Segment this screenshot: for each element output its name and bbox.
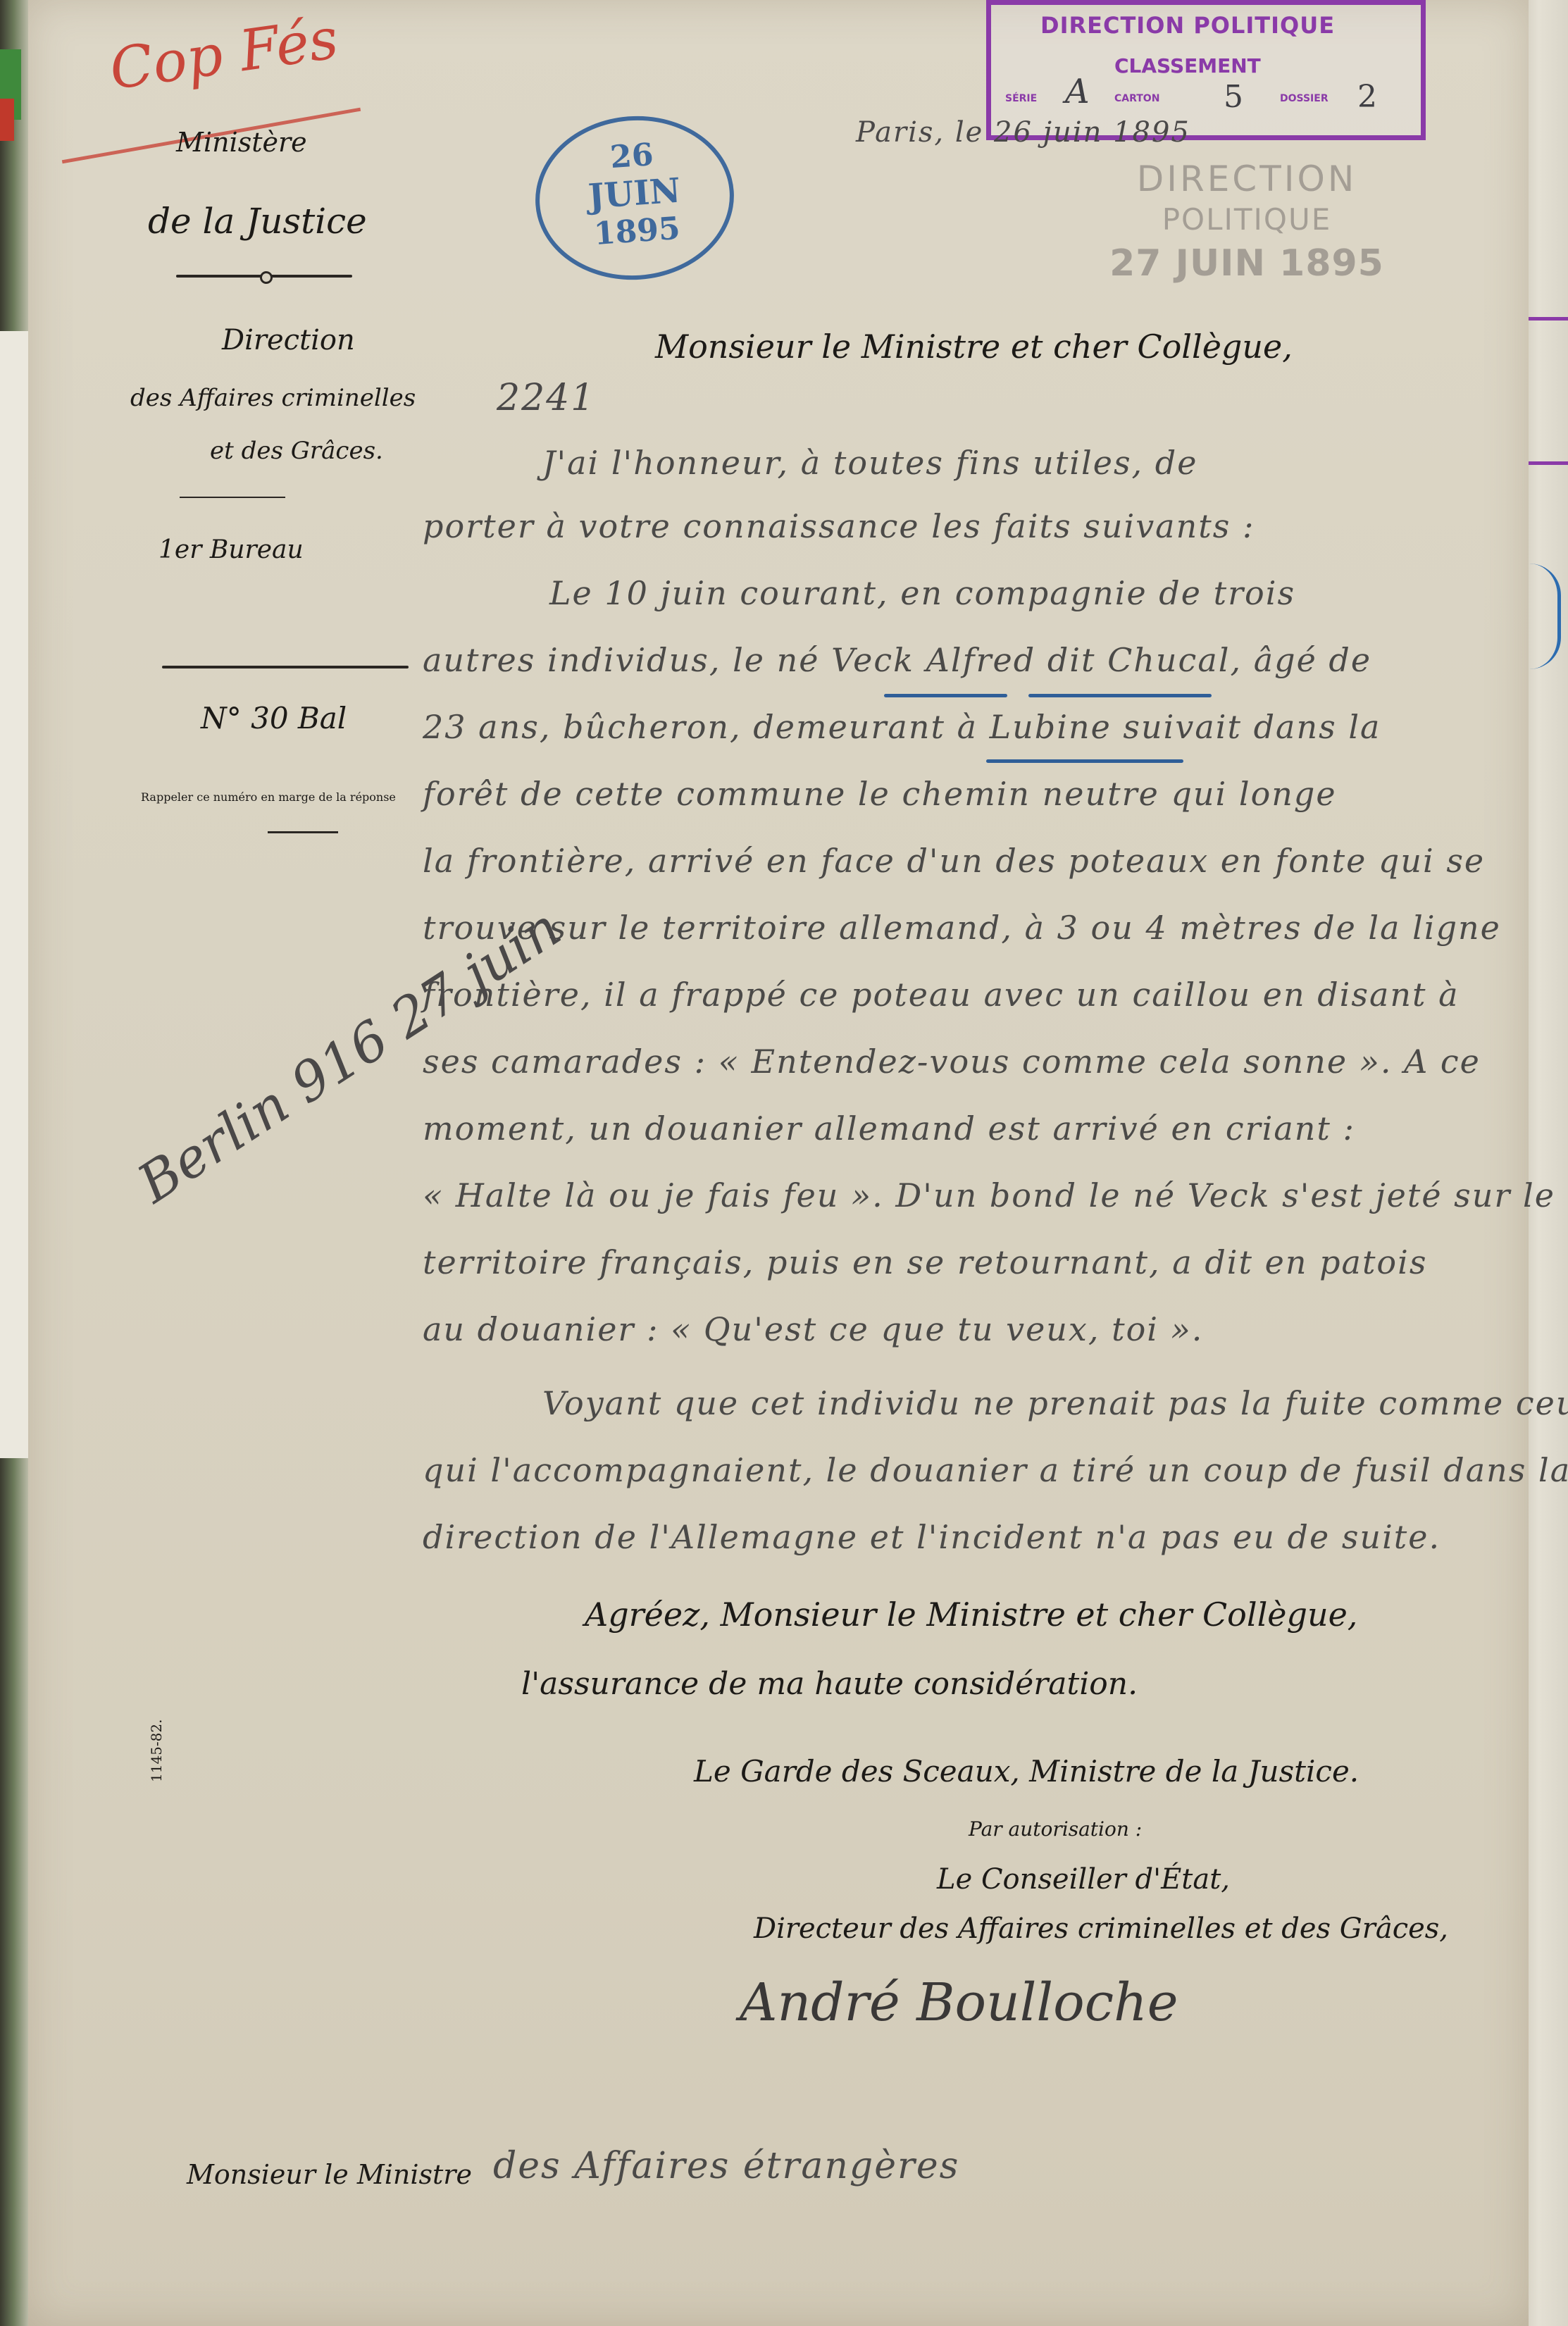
body-line: forêt de cette commune le chemin neutre … bbox=[423, 775, 1337, 813]
red-pencil-annotation: Cop Fés bbox=[106, 6, 342, 102]
dossier-label: DOSSIER bbox=[1280, 93, 1329, 104]
letterhead-bureau: 1er Bureau bbox=[158, 535, 304, 564]
classement-title: DIRECTION POLITIQUE bbox=[1040, 12, 1335, 39]
blue-underline bbox=[1028, 694, 1212, 697]
signature: André Boulloche bbox=[740, 1972, 1178, 2033]
letter-page: Cop Fés Ministère de la Justice Directio… bbox=[28, 0, 1529, 2326]
closing-line1: Agréez, Monsieur le Ministre et cher Col… bbox=[585, 1596, 1357, 1634]
addressee-handwritten: des Affaires étrangères bbox=[493, 2145, 959, 2187]
conseiller: Le Conseiller d'État, bbox=[937, 1863, 1230, 1896]
body-line: frontière, il a frappé ce poteau avec un… bbox=[423, 976, 1460, 1014]
carton-label: CARTON bbox=[1114, 93, 1159, 104]
addressee-printed: Monsieur le Ministre bbox=[187, 2159, 472, 2190]
blue-underline bbox=[884, 694, 1007, 697]
classement-subtitle: CLASSEMENT bbox=[1114, 54, 1261, 77]
body-line: Le 10 juin courant, en compagnie de troi… bbox=[549, 574, 1295, 612]
reference-instruction: Rappeler ce numéro en marge de la répons… bbox=[141, 790, 396, 804]
body-line: 23 ans, bûcheron, demeurant à Lubine sui… bbox=[423, 708, 1381, 746]
body-line: qui l'accompagnaient, le douanier a tiré… bbox=[423, 1451, 1568, 1489]
directeur: Directeur des Affaires criminelles et de… bbox=[754, 1913, 1448, 1945]
direction-politique-stamp: DIRECTION POLITIQUE 27 JUIN 1895 bbox=[1099, 158, 1395, 285]
stamp-line1: DIRECTION bbox=[1099, 158, 1395, 199]
body-line: au douanier : « Qu'est ce que tu veux, t… bbox=[423, 1310, 1203, 1348]
purple-tab bbox=[1522, 317, 1568, 465]
catalog-number: 1145-82. bbox=[148, 1719, 165, 1782]
date-received-stamp: 26 JUIN 1895 bbox=[530, 109, 739, 286]
body-line: porter à votre connaissance les faits su… bbox=[423, 507, 1255, 545]
stamp-line2: POLITIQUE bbox=[1099, 202, 1395, 237]
body-line: autres individus, le né Veck Alfred dit … bbox=[423, 641, 1371, 679]
red-tab bbox=[0, 99, 14, 141]
body-line: Voyant que cet individu ne prenait pas l… bbox=[542, 1384, 1568, 1422]
serie-label: SÉRIE bbox=[1005, 93, 1037, 104]
closing-line2: l'assurance de ma haute considération. bbox=[521, 1666, 1138, 1702]
signatory-title: Le Garde des Sceaux, Ministre de la Just… bbox=[694, 1754, 1359, 1789]
letterhead-direction-line1: Direction bbox=[222, 324, 355, 356]
letterhead-ministry-line1: Ministère bbox=[176, 127, 307, 158]
body-line: ses camarades : « Entendez-vous comme ce… bbox=[423, 1043, 1481, 1081]
blue-underline bbox=[986, 759, 1183, 763]
body-line: direction de l'Allemagne et l'incident n… bbox=[423, 1518, 1441, 1556]
dossier-value: 2 bbox=[1357, 79, 1377, 115]
body-line: moment, un douanier allemand est arrivé … bbox=[423, 1109, 1355, 1148]
body-line: territoire français, puis en se retourna… bbox=[423, 1243, 1427, 1281]
letterhead-ministry-line2: de la Justice bbox=[148, 201, 367, 242]
body-line: la frontière, arrivé en face d'un des po… bbox=[423, 842, 1485, 880]
authorization: Par autorisation : bbox=[969, 1817, 1142, 1841]
carton-value: 5 bbox=[1224, 79, 1243, 115]
salutation: Monsieur le Ministre et cher Collègue, bbox=[655, 328, 1293, 366]
divider-line bbox=[268, 831, 338, 833]
stamp-date: 27 JUIN 1895 bbox=[1099, 242, 1395, 285]
body-line: « Halte là ou je fais feu ». D'un bond l… bbox=[423, 1176, 1555, 1214]
letterhead-direction-line3: et des Grâces. bbox=[210, 437, 383, 465]
body-line: J'ai l'honneur, à toutes fins utiles, de bbox=[542, 444, 1197, 482]
divider-line bbox=[162, 666, 409, 668]
place-date: Paris, le 26 juin 1895 bbox=[856, 116, 1190, 149]
letterhead-direction-line2: des Affaires criminelles bbox=[130, 384, 416, 412]
serie-value: A bbox=[1065, 72, 1090, 111]
ornament-divider bbox=[176, 275, 352, 278]
divider-line bbox=[180, 497, 285, 498]
reference-number: 2241 bbox=[497, 377, 595, 419]
letterhead-numero: N° 30 Bal bbox=[201, 701, 347, 735]
body-line: trouve sur le territoire allemand, à 3 o… bbox=[423, 909, 1501, 947]
blue-mark bbox=[1529, 564, 1561, 669]
